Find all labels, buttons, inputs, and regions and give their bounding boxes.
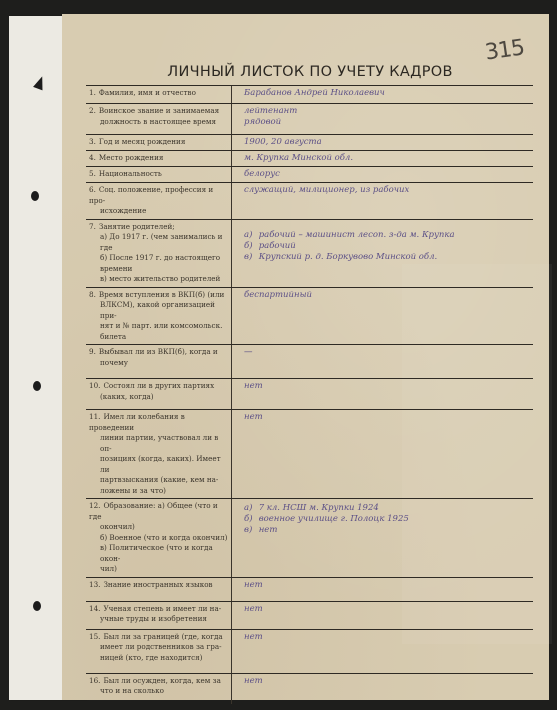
question-text: должность в настоящее время [89,117,229,128]
binding-hole [33,381,41,391]
question-text: в) Политическое (что и когда окон- [89,543,229,564]
question-text: позициях (когда, каких). Имеет ли [89,454,229,475]
answer-cell: а) 7 кл. НСШ м. Крупки 1924б) военное уч… [232,499,533,577]
answer-cell: белорус [232,167,533,182]
question-number: 16. [89,676,100,685]
answer-cell: Барабанов Андрей Николаевич [232,86,533,103]
question-text: 15.Был ли за границей (где, когда [89,632,229,643]
binding-hole [31,191,39,201]
question-number: 5. [89,169,96,178]
question-number: 7. [89,222,96,231]
question-text: 1.Фамилия, имя и отчество [89,88,229,99]
answer-text: нет [244,676,527,687]
question-cell: 10.Состоял ли в других партиях(каких, ко… [86,379,232,409]
answer-cell: нет [232,602,533,629]
question-cell: 5.Национальность [86,167,232,182]
form-row: 11.Имел ли колебания в проведениилинии п… [86,409,533,498]
question-text: почему [89,358,229,369]
question-text: 3.Год и месяц рождения [89,137,229,148]
answer-text: нет [244,632,527,643]
answer-text: нет [244,381,527,392]
question-text: линии партии, участвовал ли в оп- [89,433,229,454]
form-row: 15.Был ли за границей (где, когдаимеет л… [86,629,533,673]
question-number: 13. [89,580,100,589]
answer-text: лейтенант [244,106,527,117]
form-title: ЛИЧНЫЙ ЛИСТОК ПО УЧЕТУ КАДРОВ [150,64,470,80]
question-number: 9. [89,347,96,356]
question-cell: 14.Ученая степень и имеет ли на-учные тр… [86,602,232,629]
form-row: 1.Фамилия, имя и отчествоБарабанов Андре… [86,85,533,103]
answer-cell: лейтенантрядовой [232,104,533,134]
answer-cell: служащий, милиционер, из рабочих [232,183,533,219]
question-text: 10.Состоял ли в других партиях [89,381,229,392]
question-cell: 12.Образование: а) Общее (что и гдеоконч… [86,499,232,577]
answer-text: Барабанов Андрей Николаевич [244,88,527,99]
question-number: 11. [89,412,100,421]
question-text: в) место жительство родителей [89,274,229,285]
answer-text: служащий, милиционер, из рабочих [244,185,527,196]
question-text: ложены и за что) [89,486,229,497]
question-text: партвзыскания (какие, кем на- [89,475,229,486]
question-cell: 13.Знание иностранных языков [86,578,232,601]
form-row: 16.Был ли осужден, когда, кем зачто и на… [86,673,533,704]
question-text: 8.Время вступления в ВКП(б) (или [89,290,229,301]
question-number: 14. [89,604,100,613]
question-cell: 9.Выбывал ли из ВКП(б), когда ипочему [86,345,232,378]
form-row: 6.Соц. положение, профессия и про-исхожд… [86,182,533,219]
answer-cell: — [232,345,533,378]
question-cell: 7.Занятие родителей;а) До 1917 г. (чем з… [86,220,232,287]
question-number: 10. [89,381,100,390]
answer-cell: нет [232,379,533,409]
answer-text: в) нет [244,525,527,536]
answer-text: — [244,347,527,358]
question-text: учные труды и изобретения [89,614,229,625]
question-cell: 6.Соц. положение, профессия и про-исхожд… [86,183,232,219]
answer-text: нет [244,604,527,615]
question-text: 9.Выбывал ли из ВКП(б), когда и [89,347,229,358]
form-row: 3.Год и месяц рождения1900, 20 августа [86,134,533,150]
question-number: 3. [89,137,96,146]
form-row: 13.Знание иностранных языковнет [86,577,533,601]
form-row: 7.Занятие родителей;а) До 1917 г. (чем з… [86,219,533,287]
answer-text: б) военное училище г. Полоцк 1925 [244,514,527,525]
question-text: 14.Ученая степень и имеет ли на- [89,604,229,615]
question-text: 16.Был ли осужден, когда, кем за [89,676,229,687]
question-text: времени [89,264,229,275]
form-row: 8.Время вступления в ВКП(б) (илиВЛКСМ), … [86,287,533,345]
question-text: а) До 1917 г. (чем занимались и где [89,232,229,253]
question-text: (каких, когда) [89,392,229,403]
question-text: б) После 1917 г. до настоящего [89,253,229,264]
answer-text: в) Крупский р. д. Боркувово Минской обл. [244,252,527,263]
answer-cell: нет [232,674,533,704]
form-row: 4.Место рождениям. Крупка Минской обл. [86,150,533,166]
question-number: 4. [89,153,96,162]
question-text: 11.Имел ли колебания в проведении [89,412,229,433]
question-number: 12. [89,501,100,510]
question-number: 6. [89,185,96,194]
question-cell: 2.Воинское звание и занимаемаядолжность … [86,104,232,134]
answer-cell: нет [232,410,533,498]
question-text: исхождение [89,206,229,217]
question-number: 15. [89,632,100,641]
question-text: имеет ли родственников за гра- [89,642,229,653]
form-row: 14.Ученая степень и имеет ли на-учные тр… [86,601,533,629]
question-text: ницей (кто, где находится) [89,653,229,664]
question-text: нят и № парт. или комсомольск. [89,321,229,332]
question-text: 2.Воинское звание и занимаемая [89,106,229,117]
answer-cell: нет [232,630,533,673]
question-number: 1. [89,88,96,97]
question-cell: 1.Фамилия, имя и отчество [86,86,232,103]
form-row: 5.Национальностьбелорус [86,166,533,182]
binding-hole [33,75,47,91]
personnel-form-table: 1.Фамилия, имя и отчествоБарабанов Андре… [86,85,533,704]
question-text: ВЛКСМ), какой организацией при- [89,300,229,321]
answer-cell: а) рабочий – машинист лесоп. з-да м. Кру… [232,220,533,287]
form-row: 9.Выбывал ли из ВКП(б), когда ипочему— [86,344,533,378]
question-text: чил) [89,564,229,575]
question-text: 5.Национальность [89,169,229,180]
question-number: 8. [89,290,96,299]
question-cell: 16.Был ли осужден, когда, кем зачто и на… [86,674,232,704]
answer-text: а) рабочий – машинист лесоп. з-да м. Кру… [244,230,527,241]
answer-cell: нет [232,578,533,601]
question-text: б) Военное (что и когда окончил) [89,533,229,544]
question-text: 13.Знание иностранных языков [89,580,229,591]
question-number: 2. [89,106,96,115]
answer-text: 1900, 20 августа [244,137,527,148]
answer-text: б) рабочий [244,241,527,252]
answer-cell: м. Крупка Минской обл. [232,151,533,166]
form-row: 2.Воинское звание и занимаемаядолжность … [86,103,533,134]
question-cell: 11.Имел ли колебания в проведениилинии п… [86,410,232,498]
form-row: 12.Образование: а) Общее (что и гдеоконч… [86,498,533,577]
question-text: 7.Занятие родителей; [89,222,229,233]
question-cell: 8.Время вступления в ВКП(б) (илиВЛКСМ), … [86,288,232,345]
answer-text: рядовой [244,117,527,128]
question-text: 6.Соц. положение, профессия и про- [89,185,229,206]
answer-text: нет [244,412,527,423]
question-text: 4.Место рождения [89,153,229,164]
answer-cell: 1900, 20 августа [232,135,533,150]
answer-text: м. Крупка Минской обл. [244,153,527,164]
question-text: билета [89,332,229,343]
question-cell: 3.Год и месяц рождения [86,135,232,150]
question-text: 12.Образование: а) Общее (что и где [89,501,229,522]
form-row: 10.Состоял ли в других партиях(каких, ко… [86,378,533,409]
answer-cell: беспартийный [232,288,533,345]
question-text: что и на сколько [89,686,229,697]
answer-text: беспартийный [244,290,527,301]
answer-text: а) 7 кл. НСШ м. Крупки 1924 [244,503,527,514]
question-text: окончил) [89,522,229,533]
answer-text: нет [244,580,527,591]
binding-hole [33,601,41,611]
question-cell: 15.Был ли за границей (где, когдаимеет л… [86,630,232,673]
answer-text: белорус [244,169,527,180]
question-cell: 4.Место рождения [86,151,232,166]
